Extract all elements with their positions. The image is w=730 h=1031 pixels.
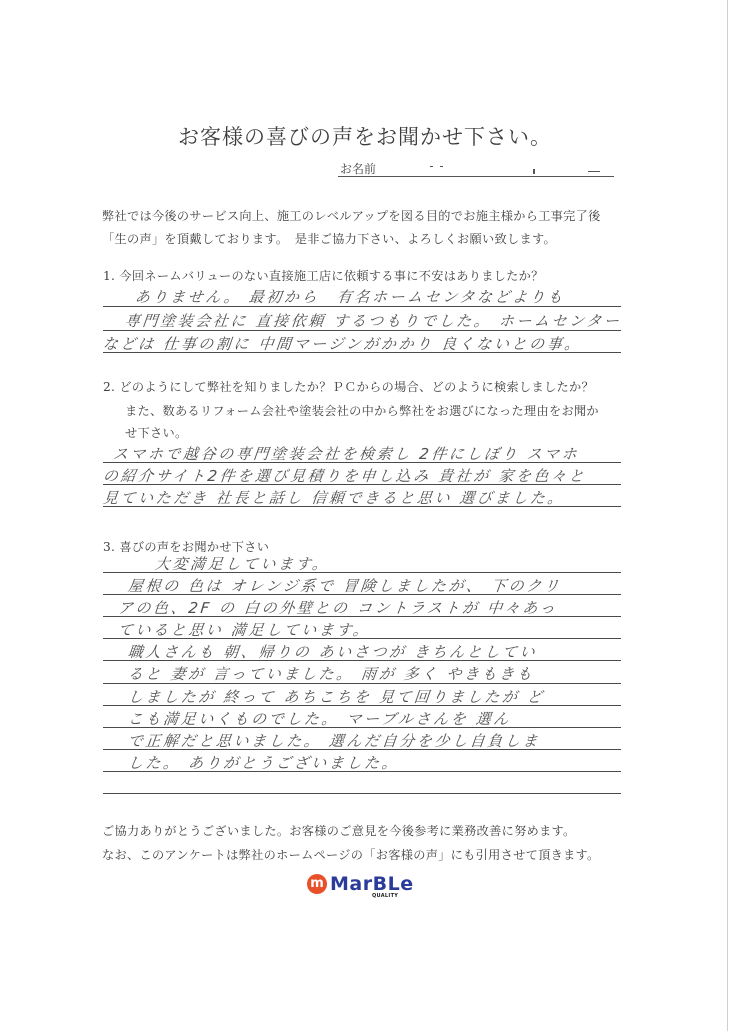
answer-line: 専門塗装会社に 直接依頼 するつもりでした。 ホームセンター bbox=[124, 310, 623, 331]
answer-line: しましたが 終って あちこちを 見て回りましたが ど bbox=[127, 686, 546, 707]
name-label: お名前 bbox=[340, 160, 376, 177]
answer-rule bbox=[103, 352, 621, 353]
answer-line: 見ていただき 社長と話し 信頼できると思い 選びました。 bbox=[102, 487, 566, 508]
answer-line: スマホで越谷の専門塗装会社を検索し 2件にしぼり スマホ bbox=[112, 443, 581, 464]
page-edge bbox=[727, 0, 728, 1031]
name-field: お名前 bbox=[338, 160, 614, 177]
answer-rule bbox=[103, 683, 621, 684]
question-text: 喜びの声をお聞かせ下さい bbox=[119, 540, 269, 554]
question-2: 2. どのようにして弊社を知りましたか？ＰＣからの場合、どのように検索しましたか… bbox=[103, 378, 594, 395]
answer-rule bbox=[103, 462, 621, 463]
answer-line: の紹介サイト2件を選び見積りを申し込み 貴社が 家を色々と bbox=[102, 465, 588, 486]
page-title: お客様の喜びの声をお聞かせ下さい。 bbox=[0, 121, 730, 151]
question-number: 2. bbox=[103, 380, 115, 394]
answer-rule bbox=[103, 638, 621, 639]
answer-line: こも満足いくものでした。 マーブルさんを 選ん bbox=[127, 708, 512, 729]
answer-rule bbox=[103, 506, 621, 507]
answer-line: 屋根の 色は オレンジ系で 冒険しましたが、 下のクリ bbox=[127, 575, 563, 596]
answer-rule bbox=[103, 749, 621, 750]
answer-line: で正解だと思いました。 選んだ自分を少し自負しま bbox=[127, 730, 541, 751]
name-ink-mark bbox=[588, 171, 600, 172]
marble-logo: m MarBLe QUALITY bbox=[305, 872, 420, 904]
answer-line: 大変満足しています。 bbox=[154, 553, 331, 574]
answer-rule bbox=[103, 793, 621, 794]
logo-subtitle: QUALITY bbox=[372, 893, 398, 899]
question-text-cont: また、数あるリフォーム会社や塗装会社の中から弊社をお選びになった理由をお聞か bbox=[125, 402, 599, 419]
answer-line: ありません。 最初から 有名ホームセンタなどよりも bbox=[134, 286, 566, 307]
question-text: 今回ネームバリューのない直接施工店に依頼する事に不安はありましたか？ bbox=[119, 269, 543, 283]
logo-mark-icon: m bbox=[307, 874, 327, 894]
intro-line: 「生の声」を頂戴しております。 是非ご協力下さい、よろしくお願い致します。 bbox=[102, 230, 556, 247]
answer-line: 職人さんも 朝、帰りの あいさつが きちんとしてい bbox=[127, 641, 539, 662]
question-number: 1. bbox=[103, 269, 115, 283]
name-ink-mark bbox=[430, 166, 433, 167]
answer-rule bbox=[103, 594, 621, 595]
answer-rule bbox=[103, 705, 621, 706]
question-1: 1. 今回ネームバリューのない直接施工店に依頼する事に不安はありましたか？ bbox=[103, 267, 544, 284]
answer-line: ると 妻が 言っていました。 雨が 多く やきもきも bbox=[127, 663, 536, 684]
answer-line: した。 ありがとうございました。 bbox=[127, 752, 401, 773]
answer-rule bbox=[103, 572, 621, 573]
answer-rule bbox=[103, 616, 621, 617]
answer-rule bbox=[103, 306, 621, 307]
name-ink-mark bbox=[533, 169, 535, 174]
answer-rule bbox=[103, 727, 621, 728]
question-text: どのようにして弊社を知りましたか？ＰＣからの場合、どのように検索しましたか？ bbox=[119, 380, 594, 394]
answer-line: ていると思い 満足しています。 bbox=[117, 619, 372, 640]
answer-rule bbox=[103, 330, 621, 331]
footer-line: なお、このアンケートは弊社のホームページの「お客様の声」にも引用させて頂きます。 bbox=[102, 846, 600, 863]
answer-rule bbox=[103, 771, 621, 772]
question-text-cont: せ下さい。 bbox=[125, 424, 187, 441]
question-number: 3. bbox=[103, 540, 115, 554]
answer-line: アの色、2F の 白の外壁との コントラストが 中々あっ bbox=[117, 597, 559, 618]
name-ink-mark bbox=[440, 166, 443, 167]
answer-rule bbox=[103, 484, 621, 485]
answer-line: などは 仕事の割に 中間マージンがかかり 良くないとの事。 bbox=[102, 333, 583, 354]
intro-line: 弊社では今後のサービス向上、施工のレベルアップを図る目的でお施主様から工事完了後 bbox=[102, 207, 601, 224]
footer-line: ご協力ありがとうございました。お客様のご意見を今後参考に業務改善に努めます。 bbox=[102, 822, 576, 839]
answer-rule bbox=[103, 660, 621, 661]
